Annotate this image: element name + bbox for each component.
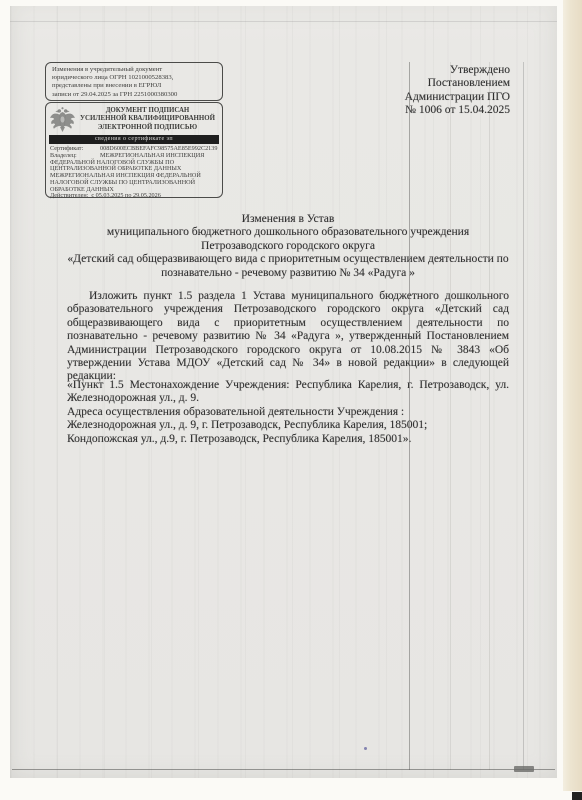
- scan-smudge: [514, 766, 534, 772]
- signature-title-line: УСИЛЕННОЙ КВАЛИФИЦИРОВАННОЙ: [76, 115, 219, 123]
- certificate-info-bar: сведения о сертификате эп: [49, 135, 219, 144]
- stamp-line: юридического лица ОГРН 1021000528383,: [52, 74, 216, 82]
- paper-fold-line: [409, 62, 410, 770]
- approval-line: № 1006 от 15.04.2025: [405, 104, 510, 117]
- scanned-document-page: Изменения в учредительный документ юриди…: [0, 0, 582, 800]
- approval-line: Утверждено: [405, 64, 510, 77]
- signature-stamp-title: ДОКУМЕНТ ПОДПИСАН УСИЛЕННОЙ КВАЛИФИЦИРОВ…: [76, 107, 219, 132]
- title-line: «Детский сад общеразвивающего вида с при…: [67, 253, 509, 266]
- title-line: Петрозаводского городского округа: [67, 240, 509, 253]
- title-line: муниципального бюджетного дошкольного об…: [67, 226, 509, 239]
- approval-line: Администрации ПГО: [405, 91, 510, 104]
- ink-speck: [364, 747, 367, 750]
- paper-top-edge: [10, 21, 557, 22]
- stamp-line: Изменения в учредительный документ: [52, 66, 216, 74]
- scanner-edge-band: [563, 0, 582, 791]
- scanner-corner-mark: [572, 792, 582, 800]
- digital-signature-stamp: ДОКУМЕНТ ПОДПИСАН УСИЛЕННОЙ КВАЛИФИЦИРОВ…: [45, 102, 223, 198]
- location-clause: «Пункт 1.5 Местонахождение Учреждения: Р…: [67, 379, 509, 406]
- page-bottom-crease: [12, 769, 555, 770]
- signature-title-line: ЭЛЕКТРОННОЙ ПОДПИСЬЮ: [76, 124, 219, 132]
- scan-streak: [450, 62, 451, 770]
- amendment-paragraph: Изложить пункт 1.5 раздела 1 Устава муни…: [67, 290, 509, 384]
- egrul-registration-stamp: Изменения в учредительный документ юриди…: [45, 62, 223, 101]
- document-title: Изменения в Устав муниципального бюджетн…: [67, 213, 509, 280]
- signature-stamp-header: ДОКУМЕНТ ПОДПИСАН УСИЛЕННОЙ КВАЛИФИЦИРОВ…: [46, 103, 222, 134]
- stamp-line: представлены при внесении в ЕГРЮЛ: [52, 82, 216, 90]
- certificate-details: Сертификат:008D600ECBBEFAFC98575AE85E992…: [46, 144, 222, 202]
- address-line: Железнодорожная ул., д. 9, г. Петрозавод…: [67, 419, 509, 432]
- address-line: Кондопожская ул., д.9, г. Петрозаводск, …: [67, 433, 509, 446]
- paper-fold-line: [523, 62, 524, 770]
- certificate-validity-row: Действителен:с 05.03.2025 по 29.05.2026: [50, 193, 218, 200]
- russia-coat-of-arms-icon: [49, 106, 76, 133]
- validity-value: с 05.03.2025 по 29.05.2026: [91, 192, 160, 199]
- new-wording-paragraph: «Пункт 1.5 Местонахождение Учреждения: Р…: [67, 379, 509, 446]
- owner-value: МЕЖРЕГИОНАЛЬНАЯ ИНСПЕКЦИЯ: [100, 152, 204, 159]
- validity-label: Действителен:: [50, 193, 88, 200]
- approval-line: Постановлением: [405, 77, 510, 90]
- approval-block: Утверждено Постановлением Администрации …: [405, 64, 510, 118]
- scan-streak: [489, 62, 490, 770]
- addresses-heading: Адреса осуществления образовательной дея…: [67, 406, 509, 419]
- title-line: познавательно - речевому развитию № 34 «…: [67, 267, 509, 280]
- title-line: Изменения в Устав: [67, 213, 509, 226]
- stamp-line: записи от 29.04.2025 за ГРН 225100038030…: [52, 91, 216, 99]
